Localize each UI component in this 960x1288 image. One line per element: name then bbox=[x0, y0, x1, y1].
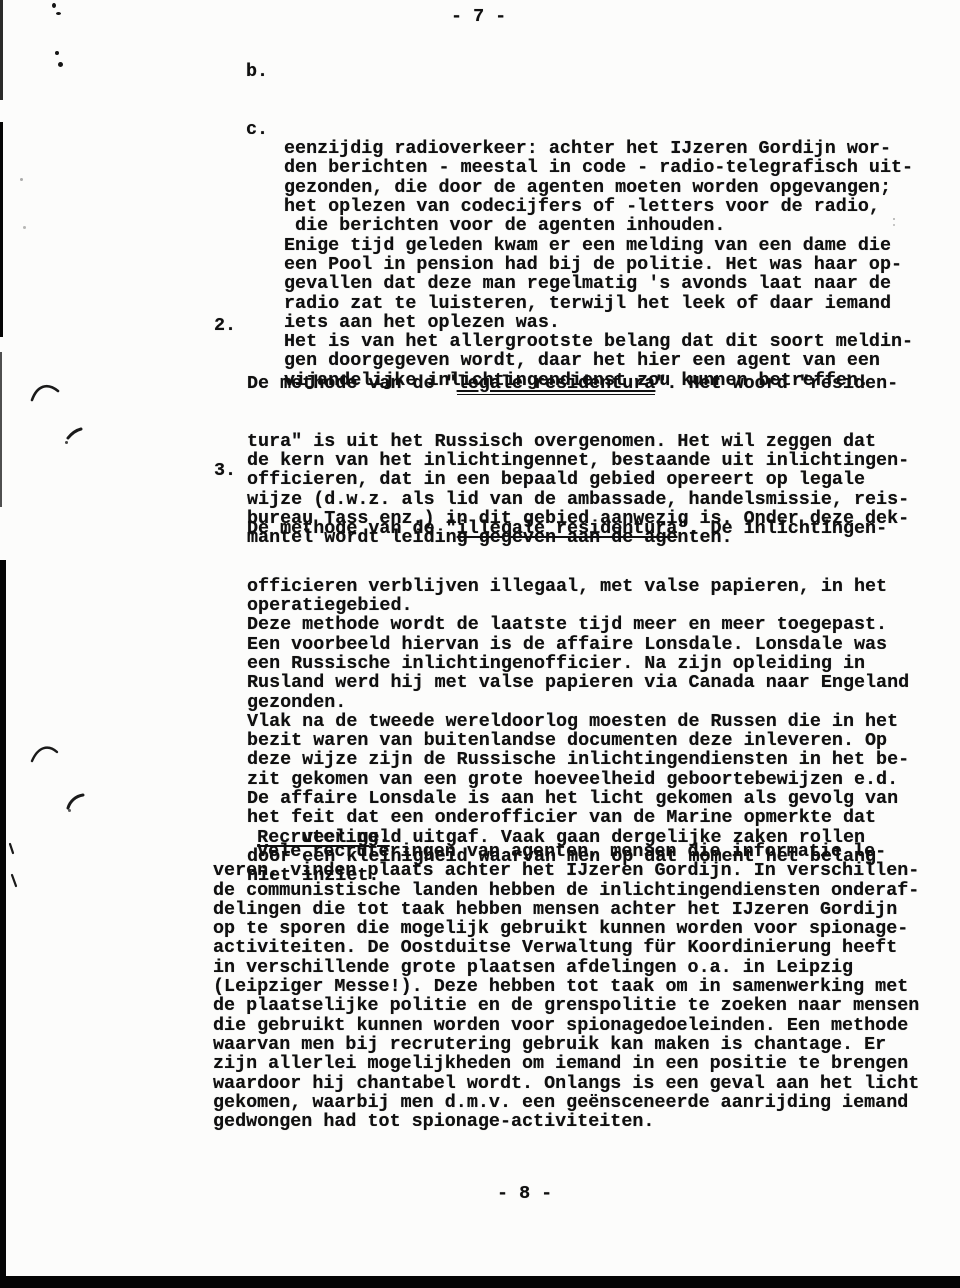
ink-dot bbox=[52, 3, 56, 8]
ink-dot bbox=[55, 51, 59, 55]
scan-edge-left-segment bbox=[0, 122, 3, 337]
pen-mark-arc-icon bbox=[30, 381, 60, 403]
list-item-c-label: c. bbox=[246, 120, 268, 139]
ink-dot bbox=[65, 441, 68, 444]
scan-edge-left-segment bbox=[0, 560, 6, 1288]
ink-dot bbox=[58, 62, 63, 67]
scan-edge-left-segment bbox=[0, 352, 2, 507]
pen-mark-hook-icon bbox=[66, 793, 86, 811]
pen-mark-arc-icon bbox=[30, 744, 60, 764]
paragraph-recrutering: Vele recruteringen van agenten, mensen d… bbox=[213, 842, 919, 1131]
first-line-prefix: De methode van de " bbox=[247, 518, 457, 539]
pen-mark-tick-icon bbox=[10, 874, 18, 888]
list-item-3-number: 3. bbox=[214, 461, 236, 480]
scan-edge-left-segment bbox=[0, 0, 3, 100]
first-line-prefix: De methode van de " bbox=[247, 373, 457, 394]
scan-edge-bottom bbox=[0, 1276, 960, 1288]
pen-mark-dash-icon bbox=[67, 426, 83, 440]
first-line-suffix: ". De inlichtingen- bbox=[677, 518, 887, 539]
page-number-top: - 7 - bbox=[451, 7, 506, 26]
underlined-term-illegale-residentura: illegale residentura bbox=[457, 518, 678, 539]
pen-mark-tick-icon bbox=[8, 843, 16, 855]
underlined-term-legale-residentura: legale residentura bbox=[457, 373, 656, 395]
ink-dot bbox=[56, 12, 61, 15]
list-item-b-label: b. bbox=[246, 62, 268, 81]
list-item-2-first-line: De methode van de "legale residentura". … bbox=[247, 374, 909, 393]
first-line-suffix: ". Het woord "residen- bbox=[655, 373, 898, 394]
list-item-3-first-line: De methode van de "illegale residentura"… bbox=[247, 519, 909, 538]
ink-speck bbox=[23, 226, 26, 229]
scanned-document-page: - 7 - b. c. eenzijdig radioverkeer: acht… bbox=[0, 0, 960, 1288]
page-number-bottom: - 8 - bbox=[497, 1184, 552, 1203]
list-item-2-number: 2. bbox=[214, 316, 236, 335]
ink-speck bbox=[20, 178, 23, 181]
